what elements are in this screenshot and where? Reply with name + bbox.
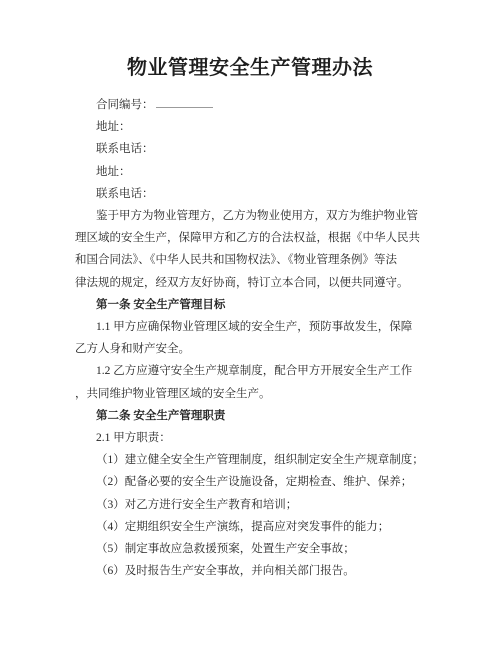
clause-line-1-2: 1.2 乙方应遵守安全生产规章制度，配合甲方开展安全生产工作	[75, 360, 442, 382]
field-line-phone-1: 联系电话：	[75, 138, 442, 160]
preamble-line: 理区域的安全生产，保障甲方和乙方的合法权益，根据《中华人民共	[75, 227, 442, 249]
document-page: 物业管理安全生产管理办法 合同编号： 地址： 联系电话： 地址： 联系电话： 鉴…	[0, 0, 500, 647]
list-item-6: （6）及时报告生产安全事故，并向相关部门报告。	[75, 560, 442, 582]
field-line-contract-number: 合同编号：	[75, 94, 442, 116]
list-item-5: （5）制定事故应急救援预案，处置生产安全事故；	[75, 538, 442, 560]
contract-number-label: 合同编号：	[96, 99, 154, 111]
document-title: 物业管理安全生产管理办法	[0, 0, 500, 79]
document-body: 合同编号： 地址： 联系电话： 地址： 联系电话： 鉴于甲方为物业管理方，乙方为…	[0, 94, 500, 582]
clause-line-1-2-cont: ，共同维护物业管理区域的安全生产。	[75, 383, 442, 405]
list-item-3: （3）对乙方进行安全生产教育和培训；	[75, 494, 442, 516]
contract-number-blank	[156, 97, 213, 108]
field-line-phone-2: 联系电话：	[75, 183, 442, 205]
field-line-address-2: 地址：	[75, 161, 442, 183]
clause-line-1-1: 1.1 甲方应确保物业管理区域的安全生产，预防事故发生，保障	[75, 316, 442, 338]
field-line-address-1: 地址：	[75, 116, 442, 138]
clause-line-2-1: 2.1 甲方职责：	[75, 427, 442, 449]
phone-label-2: 联系电话：	[96, 188, 154, 200]
preamble-line: 鉴于甲方为物业管理方，乙方为物业使用方，双方为维护物业管	[75, 205, 442, 227]
list-item-1: （1）建立健全安全生产管理制度，组织制定安全生产规章制度；	[75, 449, 442, 471]
section-heading-1: 第一条 安全生产管理目标	[75, 294, 442, 316]
list-item-4: （4）定期组织安全生产演练，提高应对突发事件的能力；	[75, 516, 442, 538]
address-label-2: 地址：	[96, 166, 131, 178]
phone-label-1: 联系电话：	[96, 143, 154, 155]
address-label-1: 地址：	[96, 121, 131, 133]
preamble-line: 和国合同法》、《中华人民共和国物权法》、《物业管理条例》等法	[75, 249, 442, 271]
preamble-line: 律法规的规定，经双方友好协商，特订立本合同，以便共同遵守。	[75, 272, 442, 294]
section-heading-2: 第二条 安全生产管理职责	[75, 405, 442, 427]
clause-line-1-1-cont: 乙方人身和财产安全。	[75, 338, 442, 360]
list-item-2: （2）配备必要的安全生产设施设备，定期检查、维护、保养；	[75, 471, 442, 493]
